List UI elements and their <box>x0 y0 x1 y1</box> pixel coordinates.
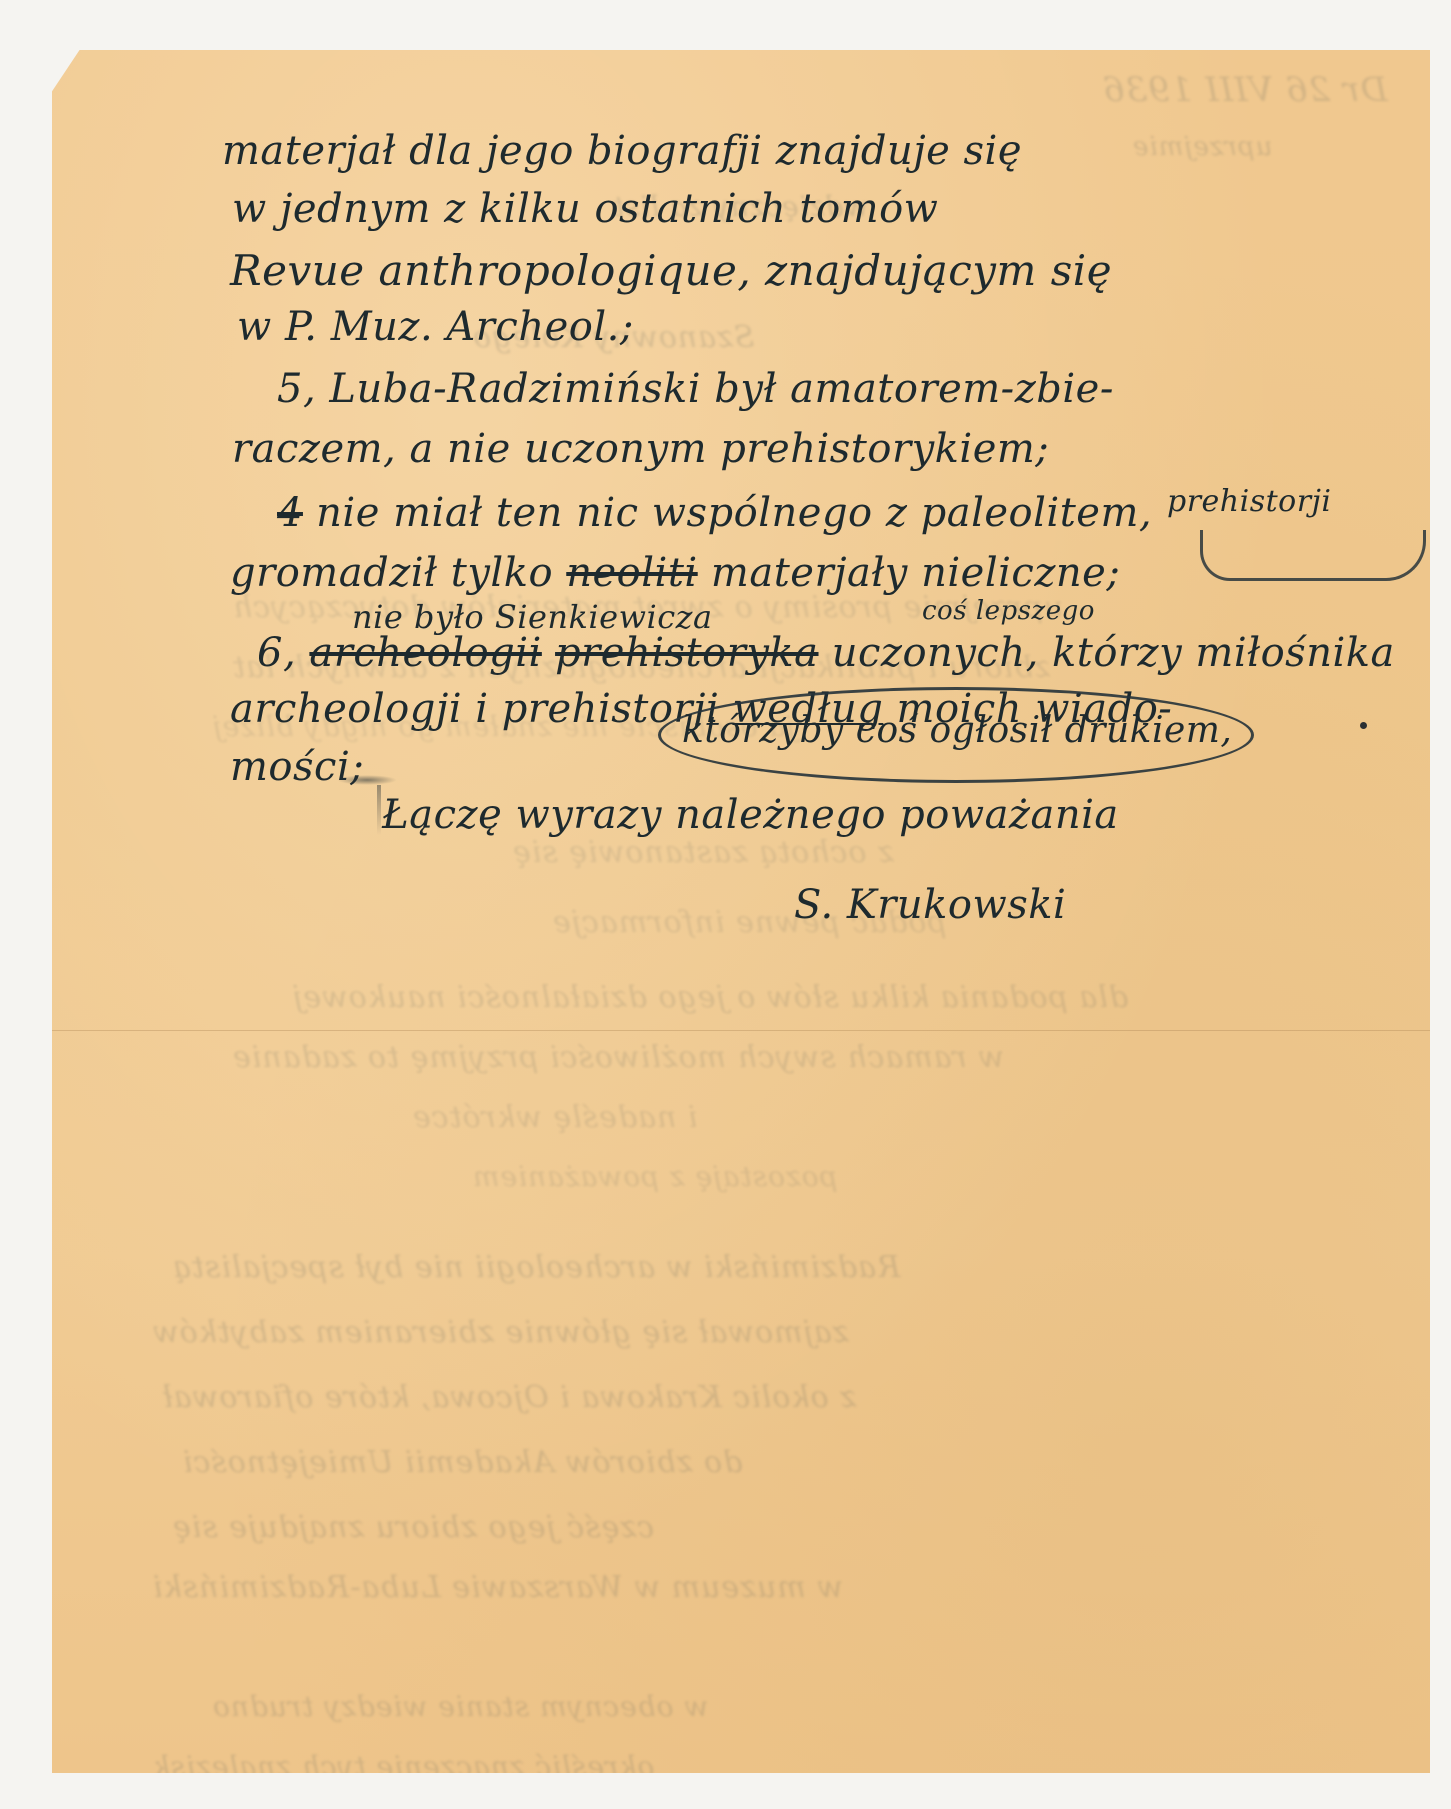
bleed-through-text: część jego zbioru znajduje się <box>172 1510 654 1545</box>
bleed-through-text: pozostaję z poważaniem <box>472 1160 838 1193</box>
letter-line-4: w P. Muz. Archeol.; <box>237 304 634 350</box>
letter-line-8: gromadził tylko neoliti materjały nielic… <box>230 550 1120 596</box>
bleed-through-text: uprzejmie <box>1132 132 1272 162</box>
bleed-through-text: dla podania kilku słów o jego działalnoś… <box>292 980 1128 1015</box>
bleed-through-text: w muzeum w Warszawie Luba-Radzimiński <box>152 1570 843 1605</box>
bleed-through-text: określić znaczenie tych znalezisk <box>152 1750 654 1783</box>
ink-smudge <box>337 775 397 785</box>
bleed-through-text: i nadeślę wkrótce <box>412 1100 697 1135</box>
letter-line-7: 4 nie miał ten nic wspólnego z paleolite… <box>277 490 1152 536</box>
signature: S. Krukowski <box>794 882 1066 928</box>
closing-salutation: Łączę wyrazy należnego poważania <box>382 792 1119 838</box>
letter-line-5: 5, Luba-Radzimiński był amatorem-zbie- <box>277 366 1114 412</box>
bleed-through-text: w obecnym stanie wiedzy trudno <box>212 1690 708 1723</box>
bleed-through-text: Dr 26 VIII 1936 <box>1102 70 1388 110</box>
ink-dot <box>1360 722 1367 729</box>
margin-note-bracket <box>1200 530 1426 581</box>
struck-text: archeologii <box>309 630 541 676</box>
circled-insertion-text: którzyby coś ogłosił drukiem, <box>682 710 1232 751</box>
letter-line-1: materjał dla jego biografji znajduje się <box>222 128 1022 174</box>
letter-line-2: w jednym z kilku ostatnich tomów <box>232 186 938 232</box>
paper-sheet: Dr 26 VIII 1936 uprzejmie wdzięczny za l… <box>52 50 1430 1773</box>
ink-smudge <box>377 785 381 835</box>
letter-line-3: Revue anthropologique, znajdującym się <box>230 246 1112 295</box>
bleed-through-text: w ramach swych możliwości przyjmę to zad… <box>232 1040 1004 1075</box>
struck-text: prehistoryka <box>555 630 818 676</box>
bleed-through-text: do zbiorów Akademii Umiejętności <box>182 1445 742 1480</box>
bleed-through-text: Radzimiński w archeologii nie był specja… <box>172 1250 900 1285</box>
insertion-above-line-9-right: coś lepszego <box>922 596 1095 626</box>
bleed-through-text: z ochotą zastanowię się <box>512 835 894 870</box>
bleed-through-text: zajmował się głównie zbieraniem zabytków <box>152 1315 849 1350</box>
margin-note-prehistorji: prehistorji <box>1167 484 1331 519</box>
bleed-through-text: z okolic Krakowa i Ojcowa, które ofiarow… <box>162 1380 856 1415</box>
letter-line-6: raczem, a nie uczonym prehistorykiem; <box>232 426 1049 472</box>
struck-text: neoliti <box>566 550 697 596</box>
letter-line-9: 6, archeologii prehistoryka uczonych, kt… <box>257 630 1395 676</box>
struck-text: 4 <box>277 490 303 536</box>
paper-fold-crease <box>52 1030 1430 1031</box>
